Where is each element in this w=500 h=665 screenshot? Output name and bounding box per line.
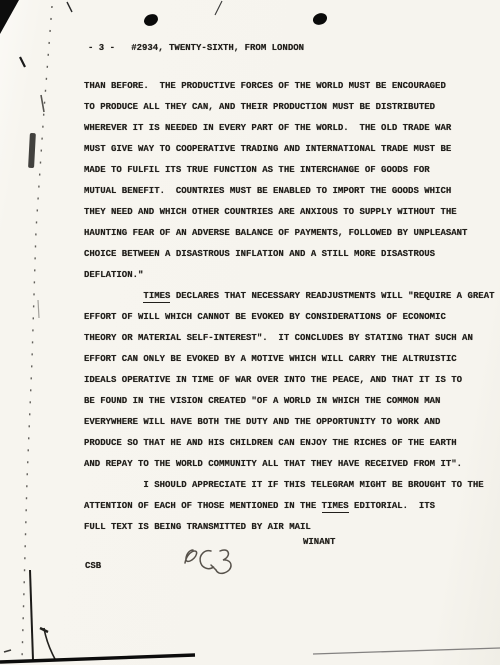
text-line: IDEALS OPERATIVE IN TIME OF WAR OVER INT… (84, 370, 495, 391)
bottom-edge-line-right (313, 648, 500, 654)
underlined-word: TIMES (143, 291, 170, 303)
text-line: EFFORT OF WILL WHICH CANNOT BE EVOKED BY… (84, 307, 495, 328)
bottom-edge-line-left (0, 655, 195, 662)
text-line: MADE TO FULFIL ITS TRUE FUNCTION AS THE … (84, 160, 495, 181)
text-line: THEY NEED AND WHICH OTHER COUNTRIES ARE … (84, 202, 495, 223)
text-line: TIMES DECLARES THAT NECESSARY READJUSTME… (84, 286, 495, 307)
text-line: THEORY OR MATERIAL SELF-INTEREST". IT CO… (84, 328, 495, 349)
text-line: DEFLATION." (84, 265, 495, 286)
underlined-word: TIMES (322, 501, 349, 513)
scan-corner-artifact (0, 0, 222, 67)
text-line: EFFORT CAN ONLY BE EVOKED BY A MOTIVE WH… (84, 349, 495, 370)
text-line: MUTUAL BENEFIT. COUNTRIES MUST BE ENABLE… (84, 181, 495, 202)
text-line: ATTENTION OF EACH OF THOSE MENTIONED IN … (84, 496, 495, 517)
handwritten-mark (181, 543, 233, 585)
text-line: AND REPAY TO THE WORLD COMMUNITY ALL THA… (84, 454, 495, 475)
text-line: MUST GIVE WAY TO COOPERATIVE TRADING AND… (84, 139, 495, 160)
page-header: - 3 - #2934, TWENTY-SIXTH, FROM LONDON (88, 43, 304, 53)
hole-punch-left (142, 12, 160, 28)
body-text: THAN BEFORE. THE PRODUCTIVE FORCES OF TH… (84, 76, 495, 538)
text-line: THAN BEFORE. THE PRODUCTIVE FORCES OF TH… (84, 76, 495, 97)
text-line: BE FOUND IN THE VISION CREATED "OF A WOR… (84, 391, 495, 412)
text-line: I SHOULD APPRECIATE IT IF THIS TELEGRAM … (84, 475, 495, 496)
typist-initials: CSB (85, 561, 101, 571)
torn-edge-marks (22, 6, 52, 660)
text-line: FULL TEXT IS BEING TRANSMITTED BY AIR MA… (84, 517, 495, 538)
bottom-edge-scratches (4, 570, 56, 661)
text-line: EVERYWHERE WILL HAVE BOTH THE DUTY AND T… (84, 412, 495, 433)
hole-punch-right (311, 11, 328, 26)
text-line: TO PRODUCE ALL THEY CAN, AND THEIR PRODU… (84, 97, 495, 118)
text-line: HAUNTING FEAR OF AN ADVERSE BALANCE OF P… (84, 223, 495, 244)
text-line: PRODUCE SO THAT HE AND HIS CHILDREN CAN … (84, 433, 495, 454)
text-line: CHOICE BETWEEN A DISASTROUS INFLATION AN… (84, 244, 495, 265)
text-line: WHEREVER IT IS NEEDED IN EVERY PART OF T… (84, 118, 495, 139)
signature: WINANT (303, 537, 335, 547)
telegram-page: - 3 - #2934, TWENTY-SIXTH, FROM LONDON T… (0, 0, 500, 665)
